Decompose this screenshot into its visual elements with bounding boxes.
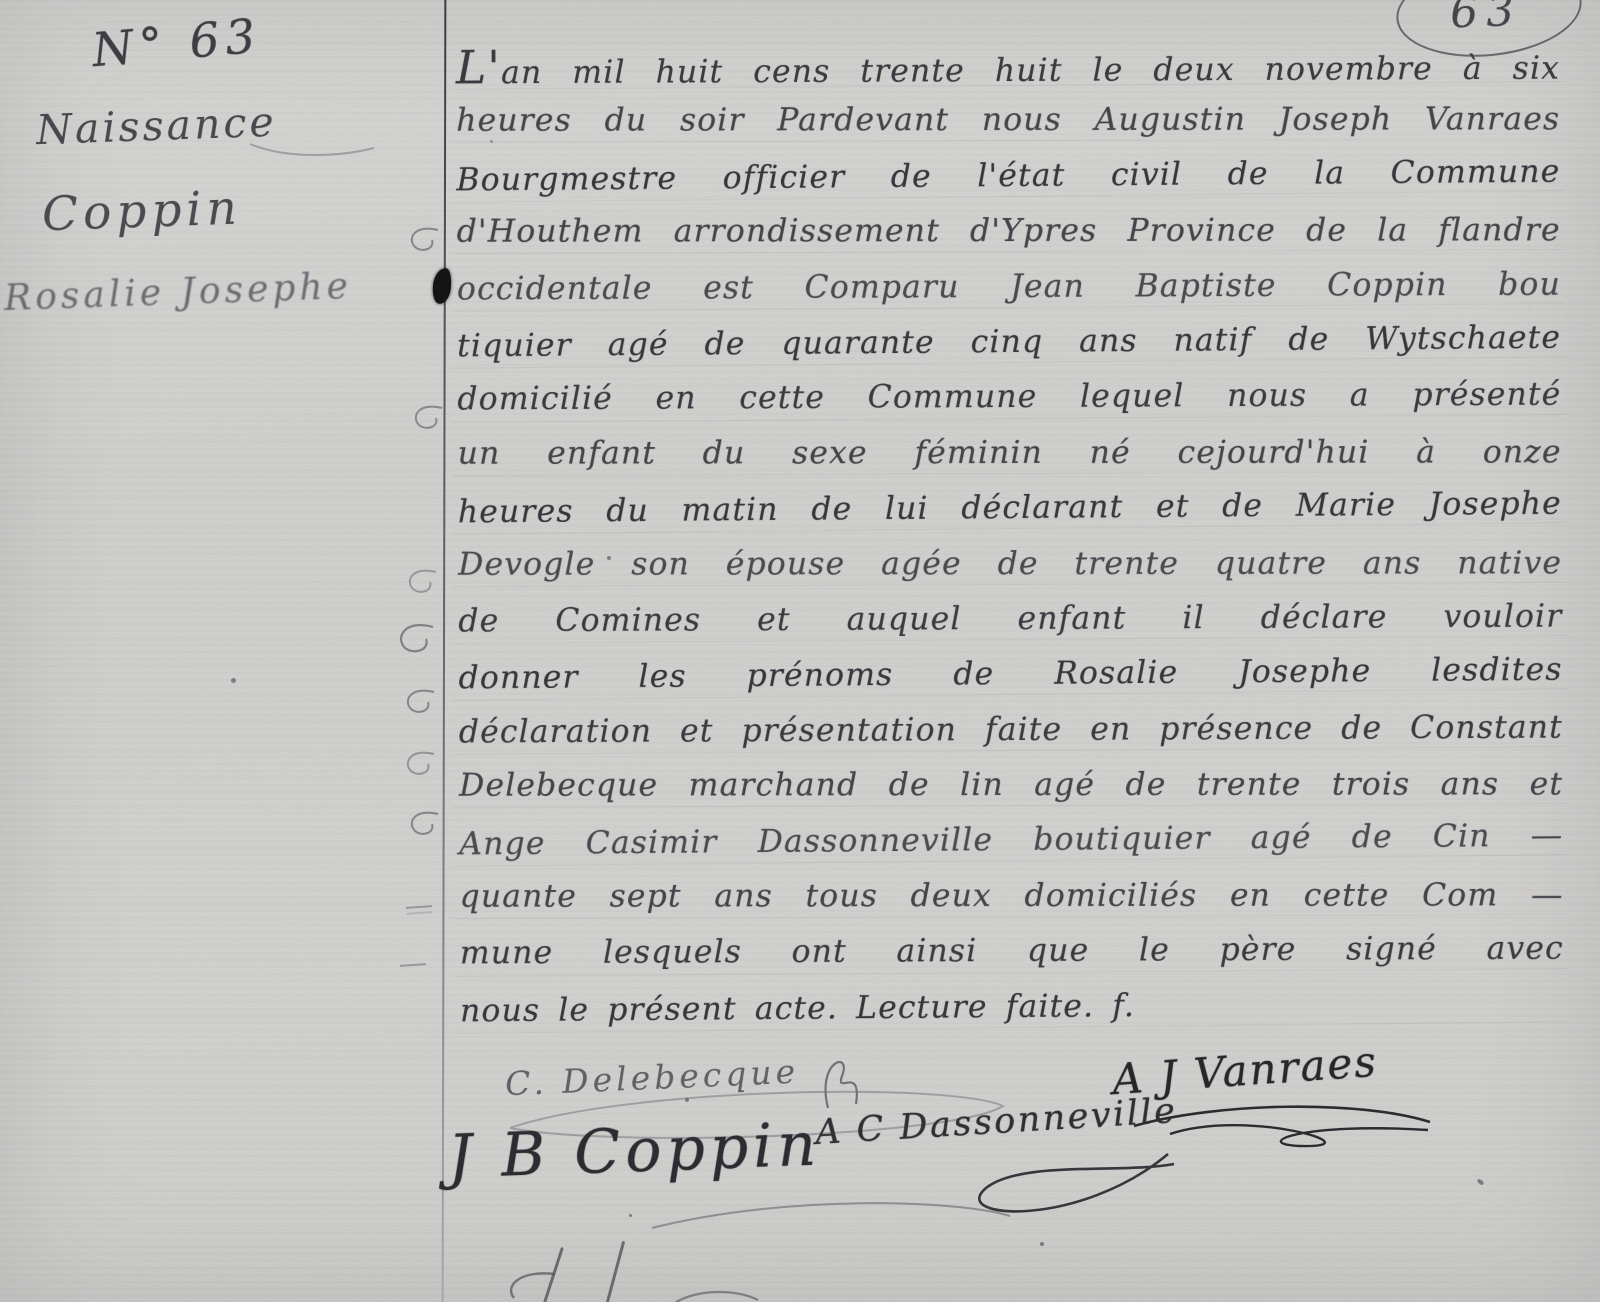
ink-speck	[629, 1214, 632, 1217]
margin-hook-flourish	[408, 404, 446, 432]
text-line: Delebecque marchand de lin agé de trente…	[459, 757, 1563, 814]
ink-speck	[685, 1098, 689, 1102]
text-line: déclaration et présentation faite en pré…	[459, 700, 1563, 760]
margin-rule-line	[442, 0, 447, 1302]
ink-speck	[1477, 1178, 1485, 1186]
text-line: un enfant du sexe féminin né cejourd'hui…	[458, 425, 1562, 482]
birth-record-scan: 63 N° 63 Naissance Coppin Rosalie Joseph…	[0, 0, 1600, 1302]
line-continuation-dash	[406, 905, 432, 909]
margin-hook-flourish	[404, 810, 442, 838]
margin-hook-flourish	[400, 688, 438, 716]
text-line: heures du matin de lui déclarant et de M…	[458, 477, 1562, 541]
next-act-stroke	[606, 1241, 625, 1302]
text-line: tiquier agé de quarante cinq ans natif d…	[457, 311, 1561, 375]
text-line: heures du soir Pardevant nous Augustin J…	[456, 93, 1560, 150]
text-line: Ange Casimir Dassonneville boutiquier ag…	[459, 809, 1563, 873]
signature-delebecque: C. Delebecque	[504, 1052, 800, 1104]
ink-speck	[231, 678, 236, 683]
next-act-curve	[672, 1288, 762, 1302]
signature-coppin: J B Coppin	[447, 1110, 822, 1193]
text-line: Bourgmestre officier de l'état civil de …	[456, 144, 1560, 208]
text-line: nous le présent acte. Lecture faite. f.	[460, 975, 1564, 1039]
margin-hook-flourish	[392, 622, 438, 656]
text-line: mune lesquels ont ainsi que le père sign…	[460, 922, 1564, 982]
delebecque-paraph-flourish	[806, 1046, 876, 1118]
text-line: Devogle son épouse agée de trente quatre…	[458, 536, 1562, 593]
margin-hook-flourish	[402, 568, 440, 596]
ink-speck	[1040, 1242, 1044, 1246]
act-type-label: Naissance	[35, 98, 277, 154]
text-line: L'an mil huit cens trente huit le deux n…	[456, 36, 1560, 96]
act-type-underline-flourish	[248, 138, 378, 162]
next-act-stroke	[543, 1247, 564, 1302]
margin-given-names: Rosalie Josephe	[3, 266, 352, 319]
act-number: N° 63	[90, 9, 264, 79]
text-line: quante sept ans tous deux domiciliés en …	[460, 868, 1564, 925]
margin-hook-flourish	[400, 750, 438, 778]
text-line: occidentale est Comparu Jean Baptiste Co…	[457, 257, 1561, 317]
corner-page-number: 63	[1449, 0, 1523, 39]
ink-speck	[607, 556, 611, 560]
act-body-text: L'an mil huit cens trente huit le deux n…	[456, 36, 1564, 1038]
line-continuation-dash	[400, 963, 426, 967]
text-line: donner les prénoms de Rosalie Josephe le…	[458, 643, 1562, 707]
dassonneville-paraph-flourish	[930, 1146, 1185, 1236]
signature-vanraes: A J Vanraes	[1111, 1037, 1380, 1104]
margin-hook-flourish	[404, 226, 442, 254]
ink-blot	[431, 267, 453, 305]
margin-surname: Coppin	[41, 181, 243, 243]
text-line: de Comines et auquel enfant il déclare v…	[458, 589, 1562, 649]
text-line: domicilié en cette Commune lequel nous a…	[457, 368, 1561, 428]
coppin-tail-flourish	[648, 1192, 1018, 1244]
ink-speck	[490, 140, 493, 143]
text-line: d'Houthem arrondissement d'Ypres Provinc…	[457, 204, 1561, 261]
